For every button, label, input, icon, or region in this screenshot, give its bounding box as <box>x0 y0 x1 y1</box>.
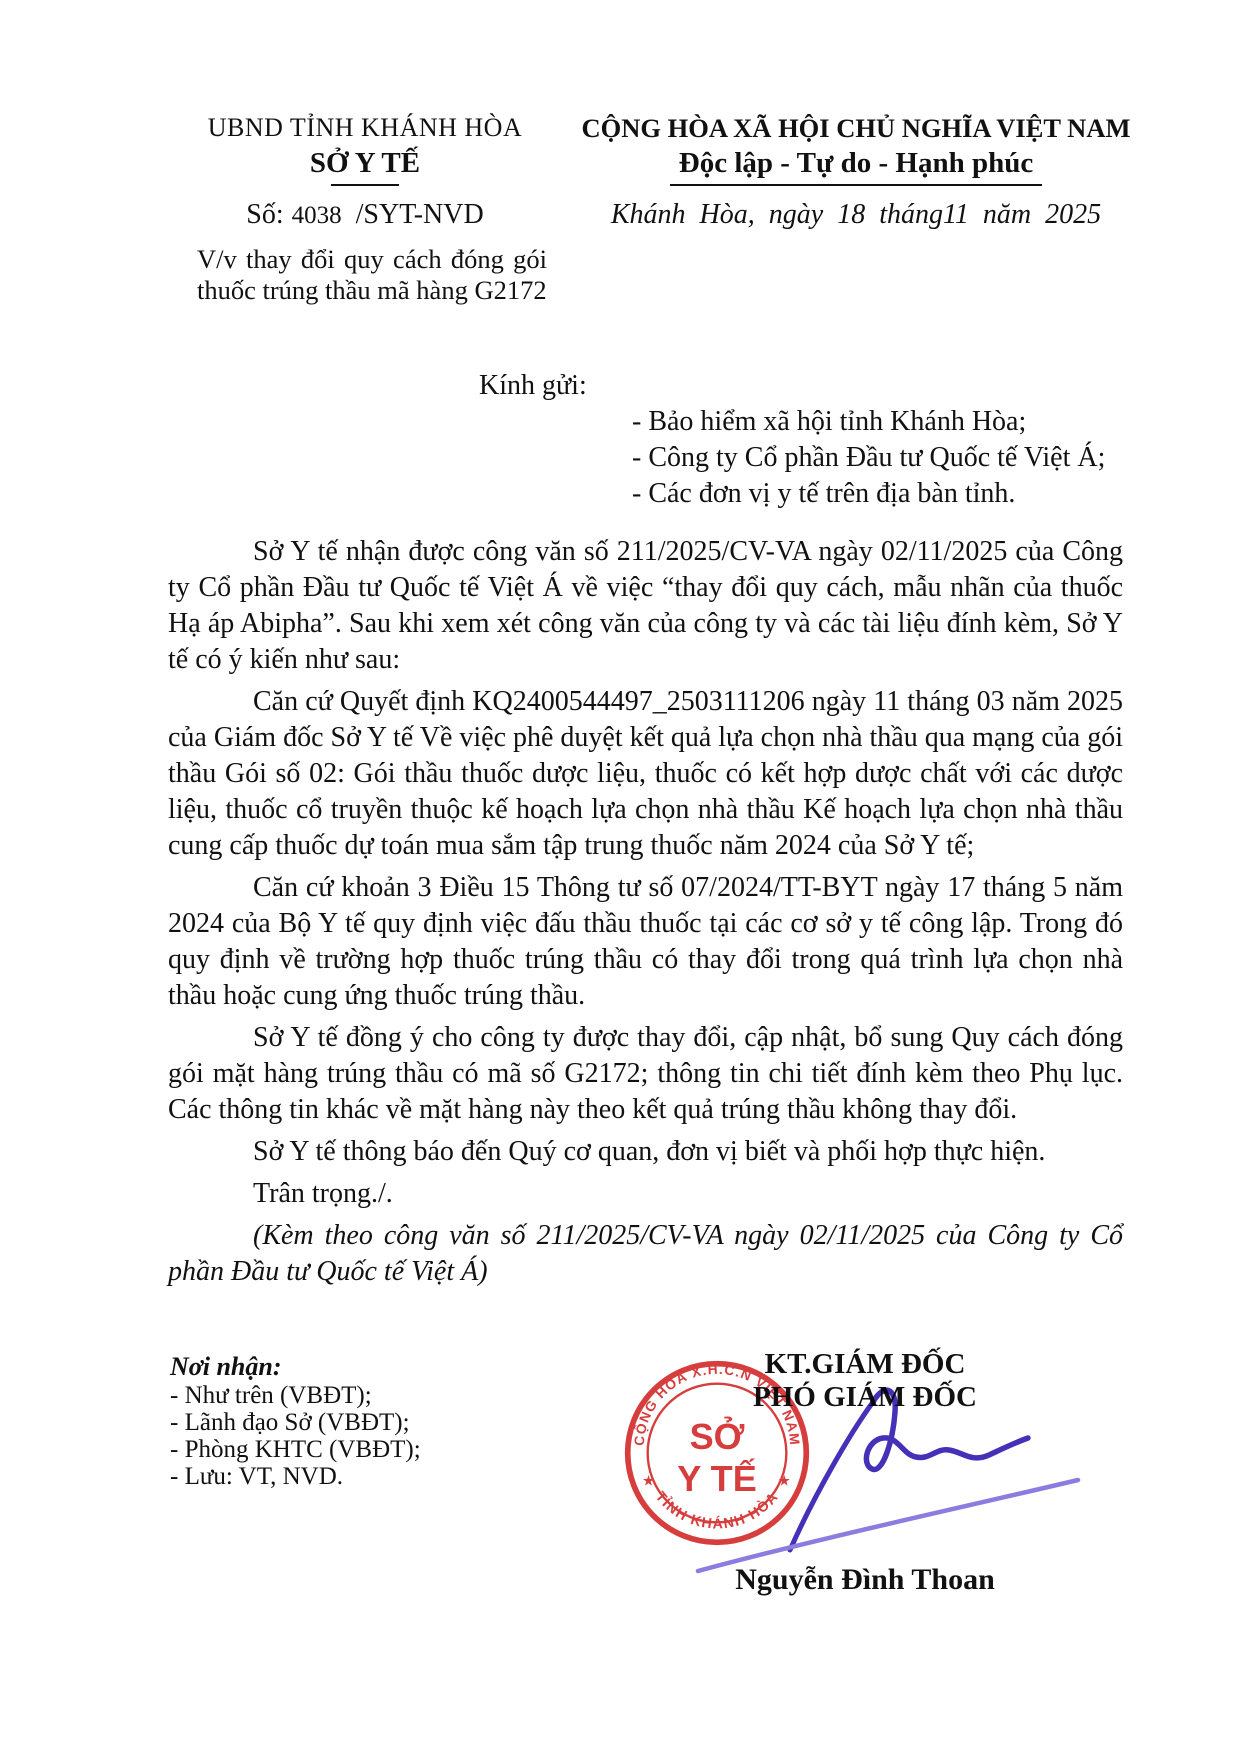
org-name: SỞ Y TẾ <box>150 146 580 180</box>
header-national-motto: CỘNG HÒA XÃ HỘI CHỦ NGHĨA VIỆT NAM Độc l… <box>560 112 1152 232</box>
body-paragraph: Sở Y tế thông báo đến Quý cơ quan, đơn v… <box>168 1134 1123 1170</box>
distribution-label: Nơi nhận: <box>170 1352 421 1382</box>
place-date-line: Khánh Hòa, ngày 18 tháng11 năm 2025 <box>560 198 1152 232</box>
document-number-label: Số: <box>246 199 283 230</box>
document-subject: V/v thay đổi quy cách đóng gói thuốc trú… <box>197 244 547 306</box>
signature-icon <box>640 1378 1100 1603</box>
motto-line1: CỘNG HÒA XÃ HỘI CHỦ NGHĨA VIỆT NAM <box>560 112 1152 144</box>
recipient-item: - Các đơn vị y tế trên địa bàn tỉnh. <box>632 476 1123 512</box>
org-name-underline <box>331 184 399 186</box>
body-paragraph: Căn cứ khoản 3 Điều 15 Thông tư số 07/20… <box>168 870 1123 1014</box>
header-issuing-org: UBND TỈNH KHÁNH HÒA SỞ Y TẾ Số:4038/SYT-… <box>150 112 580 233</box>
motto-line2: Độc lập - Tự do - Hạnh phúc <box>560 146 1152 180</box>
distribution-item: - Phòng KHTC (VBĐT); <box>170 1436 421 1463</box>
body-paragraph: Sở Y tế nhận được công văn số 211/2025/C… <box>168 534 1123 678</box>
distribution-item: - Lãnh đạo Sở (VBĐT); <box>170 1409 421 1436</box>
recipient-list: - Bảo hiểm xã hội tỉnh Khánh Hòa; - Công… <box>632 404 1123 512</box>
closing-line: Trân trọng./. <box>168 1176 1123 1212</box>
attachment-note: (Kèm theo công văn số 211/2025/CV-VA ngà… <box>168 1218 1123 1290</box>
signature-scribble <box>640 1378 1100 1603</box>
body-paragraph: Sở Y tế đồng ý cho công ty được thay đổi… <box>168 1020 1123 1128</box>
distribution-list: Nơi nhận: - Như trên (VBĐT); - Lãnh đạo … <box>170 1352 421 1490</box>
document-number-value: 4038 <box>284 202 356 229</box>
motto-underline <box>670 184 1042 186</box>
document-number-line: Số:4038/SYT-NVD <box>150 198 580 233</box>
salutation-label: Kính gửi: <box>479 368 1123 404</box>
document-number-suffix: /SYT-NVD <box>356 199 484 230</box>
letter-body: Kính gửi: - Bảo hiểm xã hội tỉnh Khánh H… <box>168 368 1123 1290</box>
official-letter-page: UBND TỈNH KHÁNH HÒA SỞ Y TẾ Số:4038/SYT-… <box>0 0 1241 1754</box>
distribution-item: - Lưu: VT, NVD. <box>170 1463 421 1490</box>
distribution-item: - Như trên (VBĐT); <box>170 1382 421 1409</box>
org-parent: UBND TỈNH KHÁNH HÒA <box>150 112 580 144</box>
recipient-item: - Bảo hiểm xã hội tỉnh Khánh Hòa; <box>632 404 1123 440</box>
body-paragraph: Căn cứ Quyết định KQ2400544497_250311120… <box>168 684 1123 864</box>
recipient-item: - Công ty Cổ phần Đầu tư Quốc tế Việt Á; <box>632 440 1123 476</box>
